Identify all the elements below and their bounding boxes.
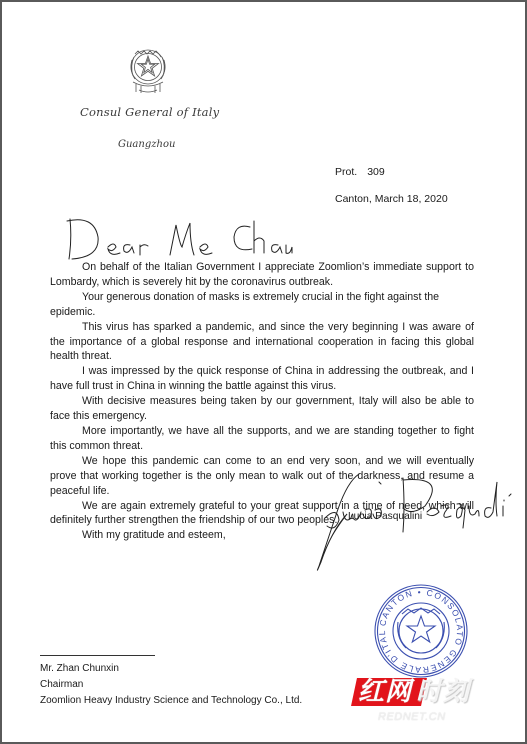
protocol-label: Prot. bbox=[335, 166, 357, 178]
recipient-company: Zoomlion Heavy Industry Science and Tech… bbox=[40, 693, 302, 709]
body-paragraph: Your generous donation of masks is extre… bbox=[50, 290, 474, 320]
letterhead-title: Consul General of Italy bbox=[80, 105, 240, 119]
watermark-domain: REDNET.CN bbox=[378, 711, 446, 723]
signer-name: Lucia Pasqualini bbox=[348, 511, 422, 522]
protocol-value: 309 bbox=[367, 166, 385, 178]
body-paragraph: More importantly, we have all the suppor… bbox=[50, 424, 474, 454]
watermark-logo-text: 红网时刻 bbox=[358, 678, 470, 706]
recipient-divider bbox=[40, 655, 155, 656]
handwritten-signature bbox=[307, 472, 517, 582]
body-paragraph: With decisive measures being taken by ou… bbox=[50, 394, 474, 424]
rednet-watermark: 红网时刻 REDNET.CN bbox=[354, 678, 514, 728]
body-paragraph: On behalf of the Italian Government I ap… bbox=[50, 260, 474, 290]
letter-page: Consul General of Italy Guangzhou Prot.3… bbox=[0, 0, 527, 744]
italian-republic-emblem-icon bbox=[125, 46, 171, 96]
body-paragraph: This virus has sparked a pandemic, and s… bbox=[50, 320, 474, 365]
consulate-stamp: CANTON • CONSOLATO GENERALE D'ITALIA • bbox=[372, 582, 470, 680]
letterhead-city: Guangzhou bbox=[118, 139, 175, 150]
place-date: Canton, March 18, 2020 bbox=[335, 193, 448, 205]
protocol-number: Prot.309 bbox=[335, 166, 385, 178]
recipient-name: Mr. Zhan Chunxin bbox=[40, 661, 302, 677]
handwritten-salutation bbox=[64, 215, 294, 265]
body-paragraph: I was impressed by the quick response of… bbox=[50, 364, 474, 394]
recipient-title: Chairman bbox=[40, 677, 302, 693]
recipient-block: Mr. Zhan Chunxin Chairman Zoomlion Heavy… bbox=[40, 661, 302, 709]
watermark-brand: 红网 bbox=[358, 677, 412, 707]
watermark-brand-suffix: 时刻 bbox=[416, 677, 470, 707]
